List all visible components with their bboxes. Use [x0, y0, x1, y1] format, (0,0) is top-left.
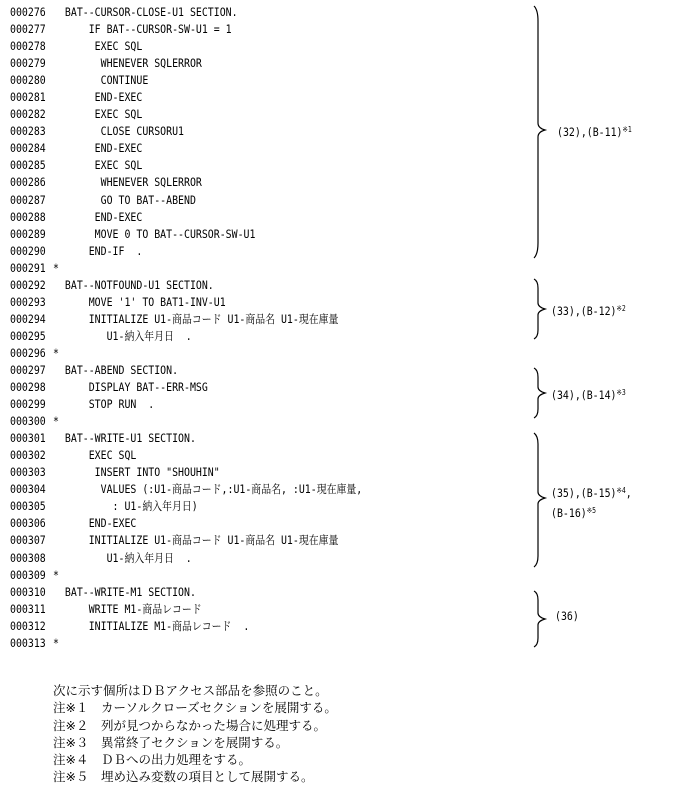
code-line: 000287 GO TO BAT--ABEND: [10, 192, 362, 209]
code-line: 000297 BAT--ABEND SECTION.: [10, 362, 362, 379]
code-line: 000286 WHENEVER SQLERROR: [10, 174, 362, 191]
code-line: 000276 BAT--CURSOR-CLOSE-U1 SECTION.: [10, 4, 362, 21]
line-number: 000312: [10, 618, 53, 635]
line-number: 000291: [10, 260, 53, 277]
code-text: END-IF .: [53, 244, 142, 258]
code-text: END-EXEC: [53, 210, 142, 224]
annotation-34-b14: (34),(B-14)※3: [551, 384, 626, 404]
right-brace-icon: [533, 5, 553, 259]
line-number: 000280: [10, 72, 53, 89]
line-number: 000283: [10, 123, 53, 140]
line-number: 000278: [10, 38, 53, 55]
code-line: 000288 END-EXEC: [10, 209, 362, 226]
code-line: 000311 WRITE M1-商品レコード: [10, 601, 362, 618]
code-line: 000279 WHENEVER SQLERROR: [10, 55, 362, 72]
code-line: 000305 : U1-納入年月日): [10, 498, 362, 515]
line-number: 000306: [10, 515, 53, 532]
code-text: *: [53, 346, 59, 360]
line-number: 000285: [10, 157, 53, 174]
code-line: 000301 BAT--WRITE-U1 SECTION.: [10, 430, 362, 447]
cobol-source-listing: 000276 BAT--CURSOR-CLOSE-U1 SECTION. 000…: [10, 4, 420, 652]
code-text: EXEC SQL: [53, 39, 142, 53]
note-5: 注※５ 埋め込み変数の項目として展開する。: [53, 768, 337, 785]
right-brace-icon: [533, 590, 553, 648]
footnote-mark: ※1: [623, 125, 632, 134]
code-text: CLOSE CURSORU1: [53, 124, 184, 138]
footnote-mark: ※2: [617, 304, 626, 313]
footnote-mark: ※5: [587, 506, 596, 515]
annotation-36: (36): [555, 608, 579, 625]
code-text: BAT--CURSOR-CLOSE-U1 SECTION.: [53, 5, 238, 19]
code-line: 000310 BAT--WRITE-M1 SECTION.: [10, 584, 362, 601]
code-line: 000289 MOVE 0 TO BAT--CURSOR-SW-U1: [10, 226, 362, 243]
line-number: 000276: [10, 4, 53, 21]
line-number: 000305: [10, 498, 53, 515]
code-text: WHENEVER SQLERROR: [53, 175, 202, 189]
code-line: 000278 EXEC SQL: [10, 38, 362, 55]
annotation-32-b11: (32),(B-11)※1: [557, 121, 632, 141]
line-number: 000308: [10, 550, 53, 567]
footnotes: 次に示す個所はＤＢアクセス部品を参照のこと。 注※１ カーソルクローズセクション…: [53, 682, 337, 786]
line-number: 000302: [10, 447, 53, 464]
code-text: INITIALIZE U1-商品コード U1-商品名 U1-現在庫量: [53, 312, 338, 326]
code-line: 000296*: [10, 345, 362, 362]
code-text: IF BAT--CURSOR-SW-U1 = 1: [53, 22, 232, 36]
line-number: 000293: [10, 294, 53, 311]
code-text: WHENEVER SQLERROR: [53, 56, 202, 70]
code-text: WRITE M1-商品レコード: [53, 602, 202, 616]
footnote-mark: ※3: [617, 388, 626, 397]
code-text: END-EXEC: [53, 516, 136, 530]
line-number: 000301: [10, 430, 53, 447]
line-number: 000277: [10, 21, 53, 38]
code-text: INITIALIZE U1-商品コード U1-商品名 U1-現在庫量: [53, 533, 338, 547]
code-line: 000284 END-EXEC: [10, 140, 362, 157]
right-brace-icon: [533, 367, 553, 419]
code-line: 000293 MOVE '1' TO BAT1-INV-U1: [10, 294, 362, 311]
line-number: 000288: [10, 209, 53, 226]
code-line: 000292 BAT--NOTFOUND-U1 SECTION.: [10, 277, 362, 294]
code-text: *: [53, 261, 59, 275]
right-brace-icon: [533, 432, 553, 568]
line-number: 000289: [10, 226, 53, 243]
code-line: 000294 INITIALIZE U1-商品コード U1-商品名 U1-現在庫…: [10, 311, 362, 328]
line-number: 000310: [10, 584, 53, 601]
line-number: 000296: [10, 345, 53, 362]
note-3: 注※３ 異常終了セクションを展開する。: [53, 734, 337, 751]
code-line: 000290 END-IF .: [10, 243, 362, 260]
code-text: END-EXEC: [53, 90, 142, 104]
code-line: 000283 CLOSE CURSORU1: [10, 123, 362, 140]
code-line: 000277 IF BAT--CURSOR-SW-U1 = 1: [10, 21, 362, 38]
annotation-label: (36): [555, 609, 579, 623]
line-number: 000298: [10, 379, 53, 396]
line-number: 000309: [10, 567, 53, 584]
code-text: BAT--WRITE-M1 SECTION.: [53, 585, 196, 599]
line-number: 000303: [10, 464, 53, 481]
code-text: U1-納入年月日 .: [53, 329, 192, 343]
code-text: *: [53, 568, 59, 582]
line-number: 000294: [10, 311, 53, 328]
code-text: DISPLAY BAT--ERR-MSG: [53, 380, 208, 394]
code-line: 000306 END-EXEC: [10, 515, 362, 532]
code-text: INSERT INTO "SHOUHIN": [53, 465, 220, 479]
code-line: 000307 INITIALIZE U1-商品コード U1-商品名 U1-現在庫…: [10, 532, 362, 549]
code-line: 000309*: [10, 567, 362, 584]
code-text: : U1-納入年月日): [53, 499, 198, 513]
code-line: 000298 DISPLAY BAT--ERR-MSG: [10, 379, 362, 396]
code-text: STOP RUN .: [53, 397, 154, 411]
code-line: 000303 INSERT INTO "SHOUHIN": [10, 464, 362, 481]
code-line: 000313*: [10, 635, 362, 652]
code-text: *: [53, 636, 59, 650]
code-text: MOVE 0 TO BAT--CURSOR-SW-U1: [53, 227, 255, 241]
code-line: 000308 U1-納入年月日 .: [10, 550, 362, 567]
code-line: 000281 END-EXEC: [10, 89, 362, 106]
annotation-label: (33),(B-12): [551, 304, 617, 318]
code-text: END-EXEC: [53, 141, 142, 155]
note-intro: 次に示す個所はＤＢアクセス部品を参照のこと。: [53, 682, 337, 699]
code-line: 000291*: [10, 260, 362, 277]
code-text: CONTINUE: [53, 73, 148, 87]
code-text: U1-納入年月日 .: [53, 551, 192, 565]
line-number: 000282: [10, 106, 53, 123]
line-number: 000313: [10, 635, 53, 652]
code-text: BAT--NOTFOUND-U1 SECTION.: [53, 278, 214, 292]
code-line: 000302 EXEC SQL: [10, 447, 362, 464]
note-2: 注※２ 列が見つからなかった場合に処理する。: [53, 717, 337, 734]
line-number: 000286: [10, 174, 53, 191]
code-text: EXEC SQL: [53, 107, 142, 121]
code-line: 000304 VALUES (:U1-商品コード,:U1-商品名, :U1-現在…: [10, 481, 362, 498]
code-line: 000299 STOP RUN .: [10, 396, 362, 413]
code-line: 000280 CONTINUE: [10, 72, 362, 89]
annotation-label: (B-16): [551, 506, 587, 520]
code-line: 000282 EXEC SQL: [10, 106, 362, 123]
line-number: 000295: [10, 328, 53, 345]
code-text: BAT--WRITE-U1 SECTION.: [53, 431, 196, 445]
line-number: 000290: [10, 243, 53, 260]
line-number: 000307: [10, 532, 53, 549]
line-number: 000279: [10, 55, 53, 72]
annotation-35-b15-b16: (35),(B-15)※4,(B-16)※5: [551, 482, 632, 522]
code-text: EXEC SQL: [53, 158, 142, 172]
code-text: VALUES (:U1-商品コード,:U1-商品名, :U1-現在庫量,: [53, 482, 362, 496]
line-number: 000281: [10, 89, 53, 106]
line-number: 000287: [10, 192, 53, 209]
line-number: 000297: [10, 362, 53, 379]
line-number: 000292: [10, 277, 53, 294]
annotation-33-b12: (33),(B-12)※2: [551, 300, 626, 320]
line-number: 000311: [10, 601, 53, 618]
line-number: 000284: [10, 140, 53, 157]
line-number: 000304: [10, 481, 53, 498]
annotation-label: (32),(B-11): [557, 125, 623, 139]
line-number: 000300: [10, 413, 53, 430]
code-text: GO TO BAT--ABEND: [53, 193, 196, 207]
right-brace-icon: [533, 278, 553, 340]
footnote-mark: ※4: [617, 486, 626, 495]
code-line: 000312 INITIALIZE M1-商品レコード .: [10, 618, 362, 635]
code-text: MOVE '1' TO BAT1-INV-U1: [53, 295, 226, 309]
note-4: 注※４ ＤＢへの出力処理をする。: [53, 751, 337, 768]
note-1: 注※１ カーソルクローズセクションを展開する。: [53, 699, 337, 716]
annotation-label: (34),(B-14): [551, 388, 617, 402]
annotation-comma: ,: [626, 486, 632, 500]
code-line: 000300*: [10, 413, 362, 430]
annotation-label: (35),(B-15): [551, 486, 617, 500]
code-text: INITIALIZE M1-商品レコード .: [53, 619, 249, 633]
code-text: *: [53, 414, 59, 428]
line-number: 000299: [10, 396, 53, 413]
code-line: 000285 EXEC SQL: [10, 157, 362, 174]
code-line: 000295 U1-納入年月日 .: [10, 328, 362, 345]
code-text: EXEC SQL: [53, 448, 136, 462]
code-text: BAT--ABEND SECTION.: [53, 363, 178, 377]
